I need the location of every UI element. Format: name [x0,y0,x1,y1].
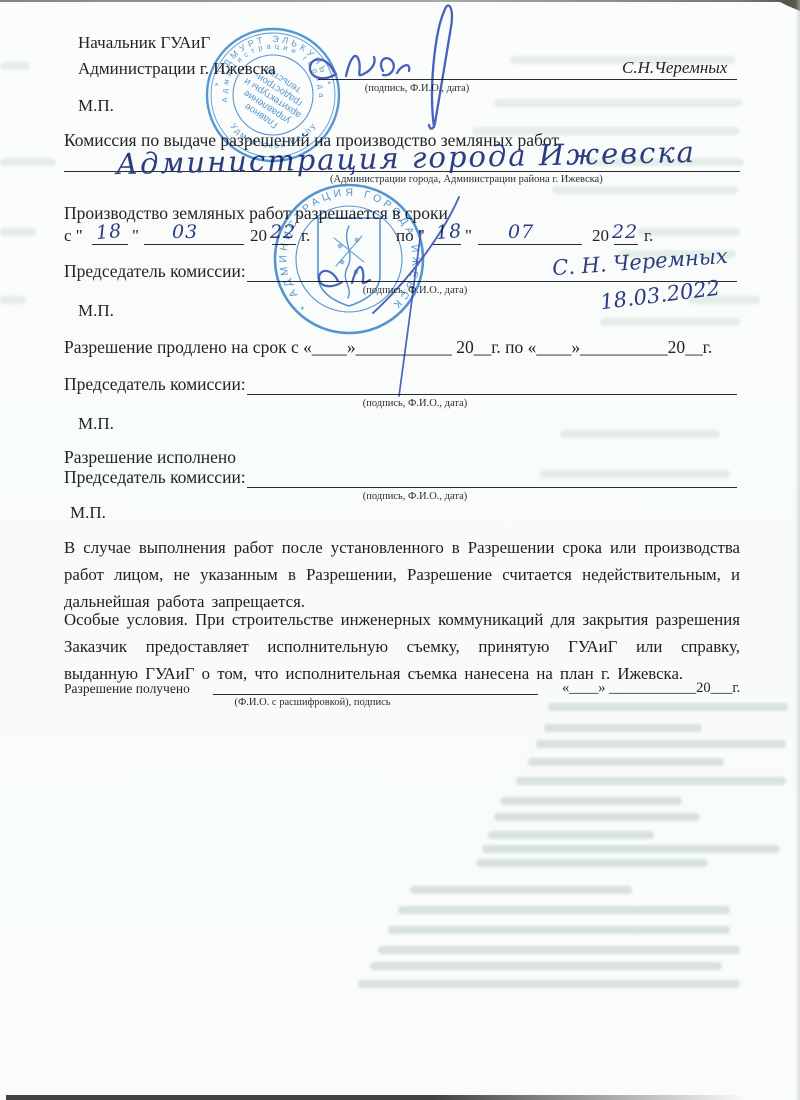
scan-edge-top [0,0,800,2]
blank-from-month [144,244,244,245]
g-from: г. [301,226,310,246]
received-date-blank: «____» ____________20___г. [562,680,740,697]
signature-caption-official: (подпись, Ф.И.О., дата) [352,83,482,94]
chairman2-line [247,394,737,395]
received-caption: (Ф.И.О. с расшифровкой), подпись [205,697,420,708]
chairman2-label: Председатель комиссии: [64,374,246,394]
extension-line: Разрешение продлено на срок с «____»____… [64,337,712,357]
period-title: Производство земляных работ разрешается … [64,203,448,223]
signature-line-official [318,79,737,80]
official-title-line2: Администрации г. Ижевска [78,59,276,79]
chairman1-caption: (подпись, Ф.И.О., дата) [350,285,480,296]
period-from-prefix: с " [64,226,83,246]
note-special-conditions: Особые условия. При строительстве инжене… [64,606,740,688]
scanned-permit-document: { "doc": { "official": { "line1": "Начал… [0,0,800,1100]
handwritten-chairman-name: С. Н. Черемных [551,244,728,280]
scan-edge-bottom [6,1095,746,1100]
chairman3-label: Председатель комиссии: [64,467,246,487]
handwritten-from-year: 22 [270,221,296,243]
handwritten-to-month: 07 [508,221,534,243]
received-label: Разрешение получено [64,681,190,697]
printed-20-to: 20 [592,226,609,246]
scan-edge-right [795,0,800,1100]
blank-from-day [92,244,128,245]
note-invalid: В случае выполнения работ после установл… [64,534,740,616]
blank-to-month [478,244,582,245]
handwritten-from-day: 18 [95,220,123,244]
official-title-line1: Начальник ГУАиГ [78,33,210,53]
period-to-prefix: по " [396,226,425,246]
printed-20-from: 20 [250,226,267,246]
chairman3-caption: (подпись, Ф.И.О., дата) [350,491,480,502]
seal-mark-3: М.П. [78,414,114,434]
quote-after-from-day: " [132,226,139,246]
received-line [213,694,538,695]
chairman1-label: Председатель комиссии: [64,261,246,281]
seal-mark-2: М.П. [78,301,114,321]
chairman3-line [247,487,737,488]
blank-to-year [614,244,638,245]
signature-top-icon [310,5,452,128]
seal-mark-1: М.П. [78,96,114,116]
executed-title: Разрешение исполнено [64,447,236,467]
handwritten-to-year: 22 [612,221,638,243]
blank-from-year [272,244,296,245]
chairman2-caption: (подпись, Ф.И.О., дата) [350,398,480,409]
official-name: С.Н.Черемных [622,58,727,78]
handwritten-from-month: 03 [172,221,198,243]
seal-mark-4: М.П. [70,503,106,523]
quote-after-to-day: " [465,226,472,246]
g-to: г. [644,226,653,246]
blank-to-day [433,244,461,245]
handwritten-to-day: 18 [435,220,463,244]
commission-caption: (Администрации города, Администрации рай… [330,174,550,185]
